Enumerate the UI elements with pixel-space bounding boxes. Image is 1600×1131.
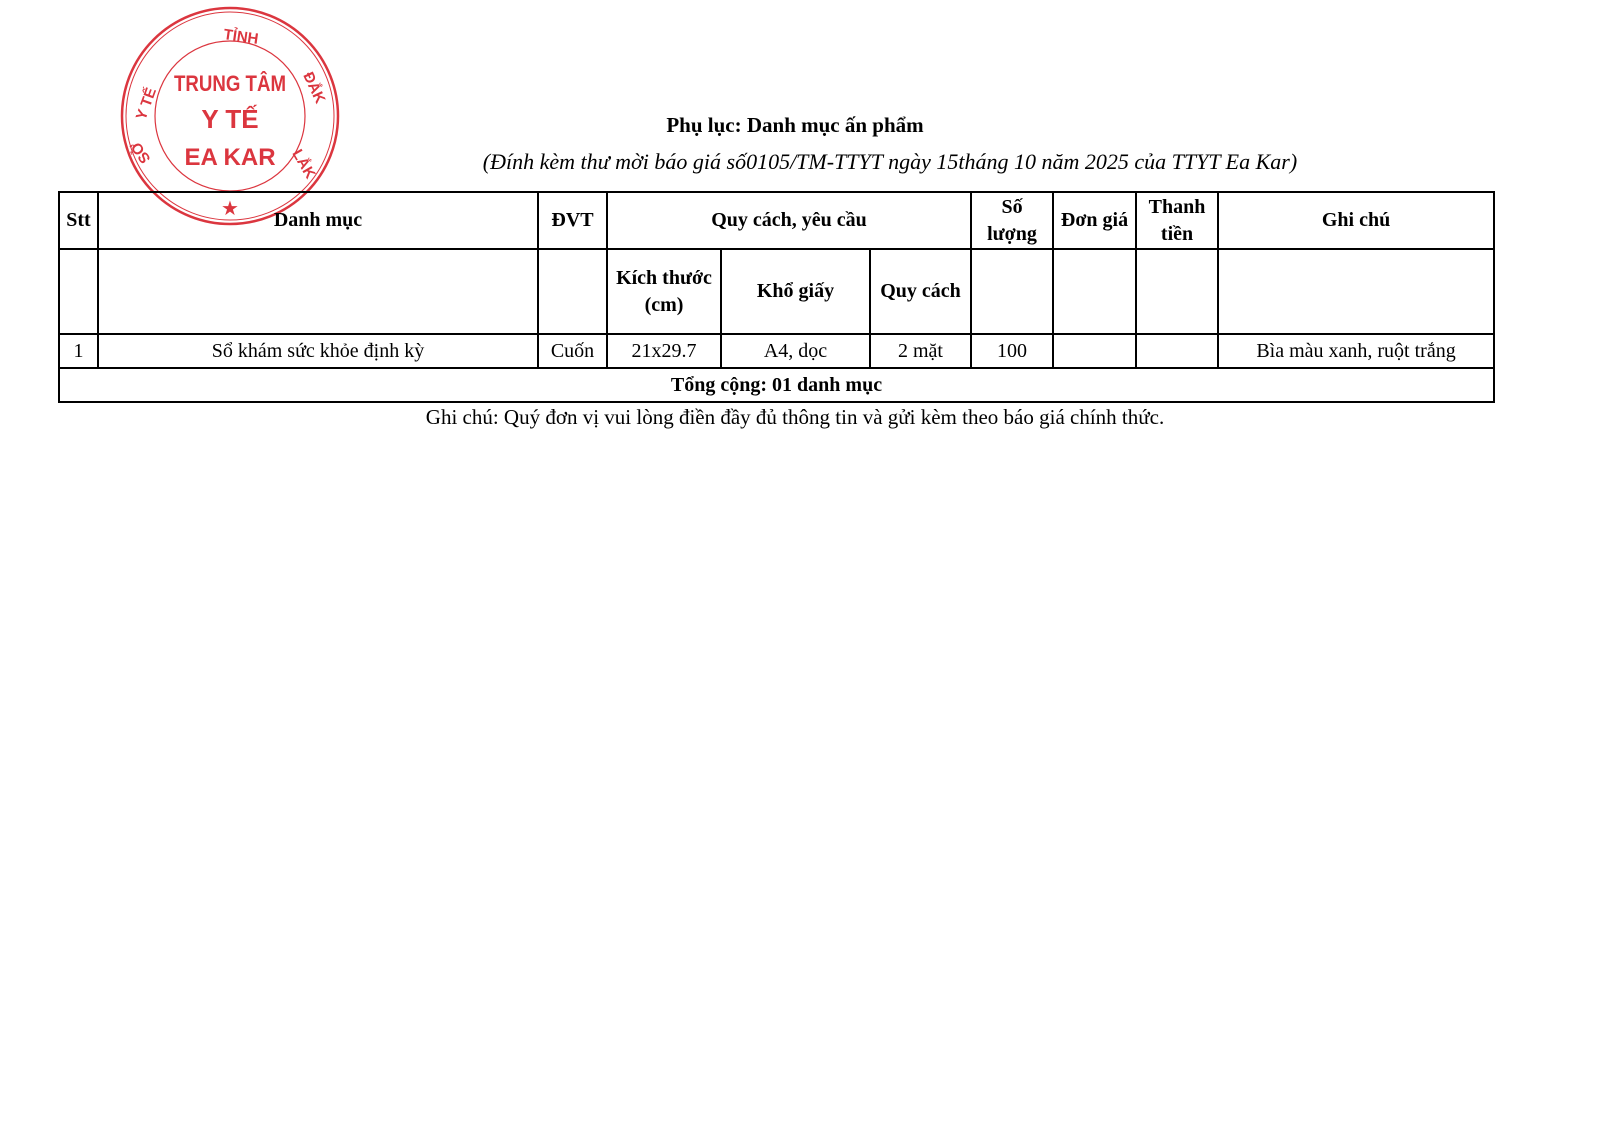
header-quy-cach-group: Quy cách, yêu cầu xyxy=(607,192,971,249)
header-ghi-chu: Ghi chú xyxy=(1218,192,1494,249)
subtitle-text: (Đính kèm thư mời báo giá số0105/TM-TTYT… xyxy=(483,149,1297,175)
empty-cell xyxy=(538,249,607,334)
total-label: Tổng cộng: 01 danh mục xyxy=(59,368,1494,402)
cell-so-luong: 100 xyxy=(971,334,1053,368)
header-kich-thuoc: Kích thước (cm) xyxy=(607,249,721,334)
header-kho-giay: Khổ giấy xyxy=(721,249,870,334)
header-don-gia: Đơn giá xyxy=(1053,192,1136,249)
header-danh-muc: Danh mục xyxy=(98,192,538,249)
empty-cell xyxy=(59,249,98,334)
document-subtitle: (Đính kèm thư mời báo giá số0105/TM-TTYT… xyxy=(0,149,1550,175)
cell-danh-muc: Sổ khám sức khỏe định kỳ xyxy=(98,334,538,368)
cell-stt: 1 xyxy=(59,334,98,368)
table-row: 1 Sổ khám sức khỏe định kỳ Cuốn 21x29.7 … xyxy=(59,334,1494,368)
stamp-line-1: TRUNG TÂM xyxy=(174,71,286,96)
empty-cell xyxy=(1136,249,1218,334)
cell-don-gia xyxy=(1053,334,1136,368)
header-quy-cach: Quy cách xyxy=(870,249,971,334)
empty-cell xyxy=(98,249,538,334)
footnote: Ghi chú: Quý đơn vị vui lòng điền đầy đủ… xyxy=(0,405,1590,430)
header-thanh-tien: Thanh tiền xyxy=(1136,192,1218,249)
empty-cell xyxy=(971,249,1053,334)
stamp-arc-top: TỈNH xyxy=(222,26,259,48)
subheader-row: Kích thước (cm) Khổ giấy Quy cách xyxy=(59,249,1494,334)
cell-kho-giay: A4, dọc xyxy=(721,334,870,368)
cell-dvt: Cuốn xyxy=(538,334,607,368)
empty-cell xyxy=(1053,249,1136,334)
cell-ghi-chu: Bìa màu xanh, ruột trắng xyxy=(1218,334,1494,368)
header-stt: Stt xyxy=(59,192,98,249)
empty-cell xyxy=(1218,249,1494,334)
total-row: Tổng cộng: 01 danh mục xyxy=(59,368,1494,402)
header-so-luong: Số lượng xyxy=(971,192,1053,249)
cell-kich-thuoc: 21x29.7 xyxy=(607,334,721,368)
document-title: Phụ lục: Danh mục ấn phẩm xyxy=(0,113,1590,138)
cell-quy-cach: 2 mặt xyxy=(870,334,971,368)
header-row: Stt Danh mục ĐVT Quy cách, yêu cầu Số lư… xyxy=(59,192,1494,249)
cell-thanh-tien xyxy=(1136,334,1218,368)
publication-table: Stt Danh mục ĐVT Quy cách, yêu cầu Số lư… xyxy=(58,191,1495,403)
header-dvt: ĐVT xyxy=(538,192,607,249)
